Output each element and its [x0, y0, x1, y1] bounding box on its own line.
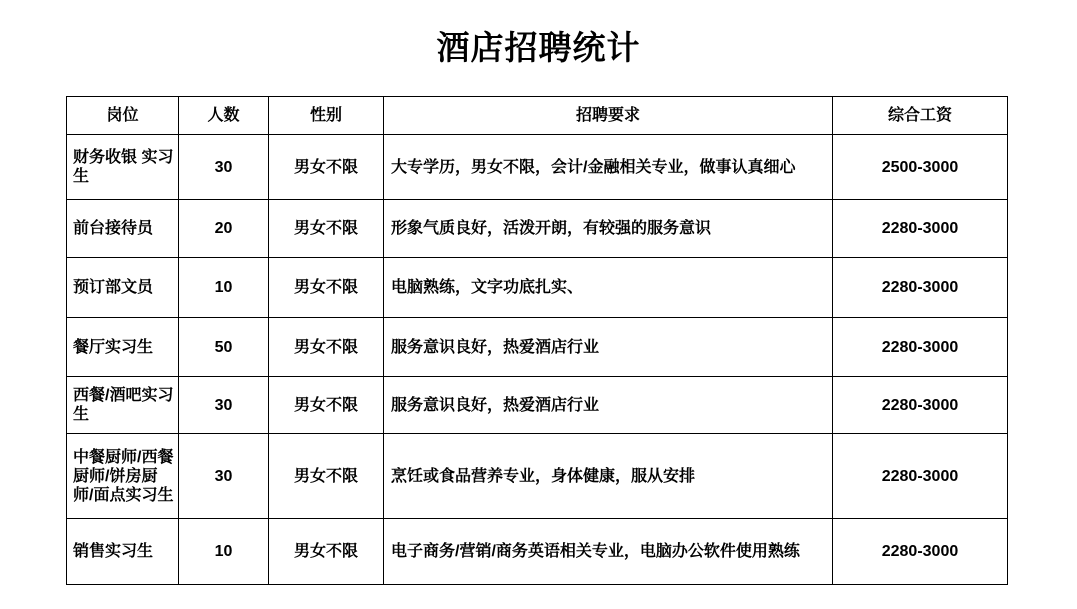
cell-gender: 男女不限: [269, 434, 384, 519]
cell-gender: 男女不限: [269, 135, 384, 200]
header-requirements: 招聘要求: [384, 97, 833, 135]
cell-salary: 2280-3000: [833, 519, 1008, 585]
cell-salary: 2500-3000: [833, 135, 1008, 200]
cell-position: 财务收银 实习生: [67, 135, 179, 200]
cell-requirements: 电脑熟练，文字功底扎实、: [384, 258, 833, 318]
cell-salary: 2280-3000: [833, 318, 1008, 377]
header-gender: 性别: [269, 97, 384, 135]
cell-salary: 2280-3000: [833, 377, 1008, 434]
header-position: 岗位: [67, 97, 179, 135]
cell-position: 餐厅实习生: [67, 318, 179, 377]
table-row: 前台接待员 20 男女不限 形象气质良好，活泼开朗，有较强的服务意识 2280-…: [67, 200, 1008, 258]
cell-count: 30: [179, 434, 269, 519]
cell-position: 预订部文员: [67, 258, 179, 318]
cell-salary: 2280-3000: [833, 200, 1008, 258]
cell-count: 10: [179, 519, 269, 585]
cell-count: 30: [179, 135, 269, 200]
page-title: 酒店招聘统计: [0, 22, 1077, 69]
table-row: 餐厅实习生 50 男女不限 服务意识良好，热爱酒店行业 2280-3000: [67, 318, 1008, 377]
cell-gender: 男女不限: [269, 377, 384, 434]
cell-requirements: 电子商务/营销/商务英语相关专业，电脑办公软件使用熟练: [384, 519, 833, 585]
cell-requirements: 服务意识良好，热爱酒店行业: [384, 318, 833, 377]
cell-requirements: 烹饪或食品营养专业，身体健康，服从安排: [384, 434, 833, 519]
cell-salary: 2280-3000: [833, 258, 1008, 318]
table-row: 预订部文员 10 男女不限 电脑熟练，文字功底扎实、 2280-3000: [67, 258, 1008, 318]
cell-position: 前台接待员: [67, 200, 179, 258]
cell-count: 20: [179, 200, 269, 258]
cell-count: 30: [179, 377, 269, 434]
header-salary: 综合工资: [833, 97, 1008, 135]
cell-gender: 男女不限: [269, 258, 384, 318]
cell-salary: 2280-3000: [833, 434, 1008, 519]
cell-position: 中餐厨师/西餐厨师/饼房厨师/面点实习生: [67, 434, 179, 519]
table-row: 销售实习生 10 男女不限 电子商务/营销/商务英语相关专业，电脑办公软件使用熟…: [67, 519, 1008, 585]
table-header-row: 岗位 人数 性别 招聘要求 综合工资: [67, 97, 1008, 135]
cell-requirements: 形象气质良好，活泼开朗，有较强的服务意识: [384, 200, 833, 258]
table-row: 西餐/酒吧实习生 30 男女不限 服务意识良好，热爱酒店行业 2280-3000: [67, 377, 1008, 434]
cell-gender: 男女不限: [269, 200, 384, 258]
cell-requirements: 服务意识良好，热爱酒店行业: [384, 377, 833, 434]
cell-gender: 男女不限: [269, 318, 384, 377]
document-page: 酒店招聘统计 岗位 人数 性别 招聘要求 综合工资 财务收银 实习生 30 男女…: [0, 0, 1077, 609]
table-row: 中餐厨师/西餐厨师/饼房厨师/面点实习生 30 男女不限 烹饪或食品营养专业，身…: [67, 434, 1008, 519]
cell-count: 10: [179, 258, 269, 318]
recruitment-table: 岗位 人数 性别 招聘要求 综合工资 财务收银 实习生 30 男女不限 大专学历…: [66, 96, 1008, 585]
cell-position: 销售实习生: [67, 519, 179, 585]
cell-position: 西餐/酒吧实习生: [67, 377, 179, 434]
cell-count: 50: [179, 318, 269, 377]
cell-gender: 男女不限: [269, 519, 384, 585]
header-count: 人数: [179, 97, 269, 135]
table-row: 财务收银 实习生 30 男女不限 大专学历，男女不限，会计/金融相关专业，做事认…: [67, 135, 1008, 200]
cell-requirements: 大专学历，男女不限，会计/金融相关专业，做事认真细心: [384, 135, 833, 200]
